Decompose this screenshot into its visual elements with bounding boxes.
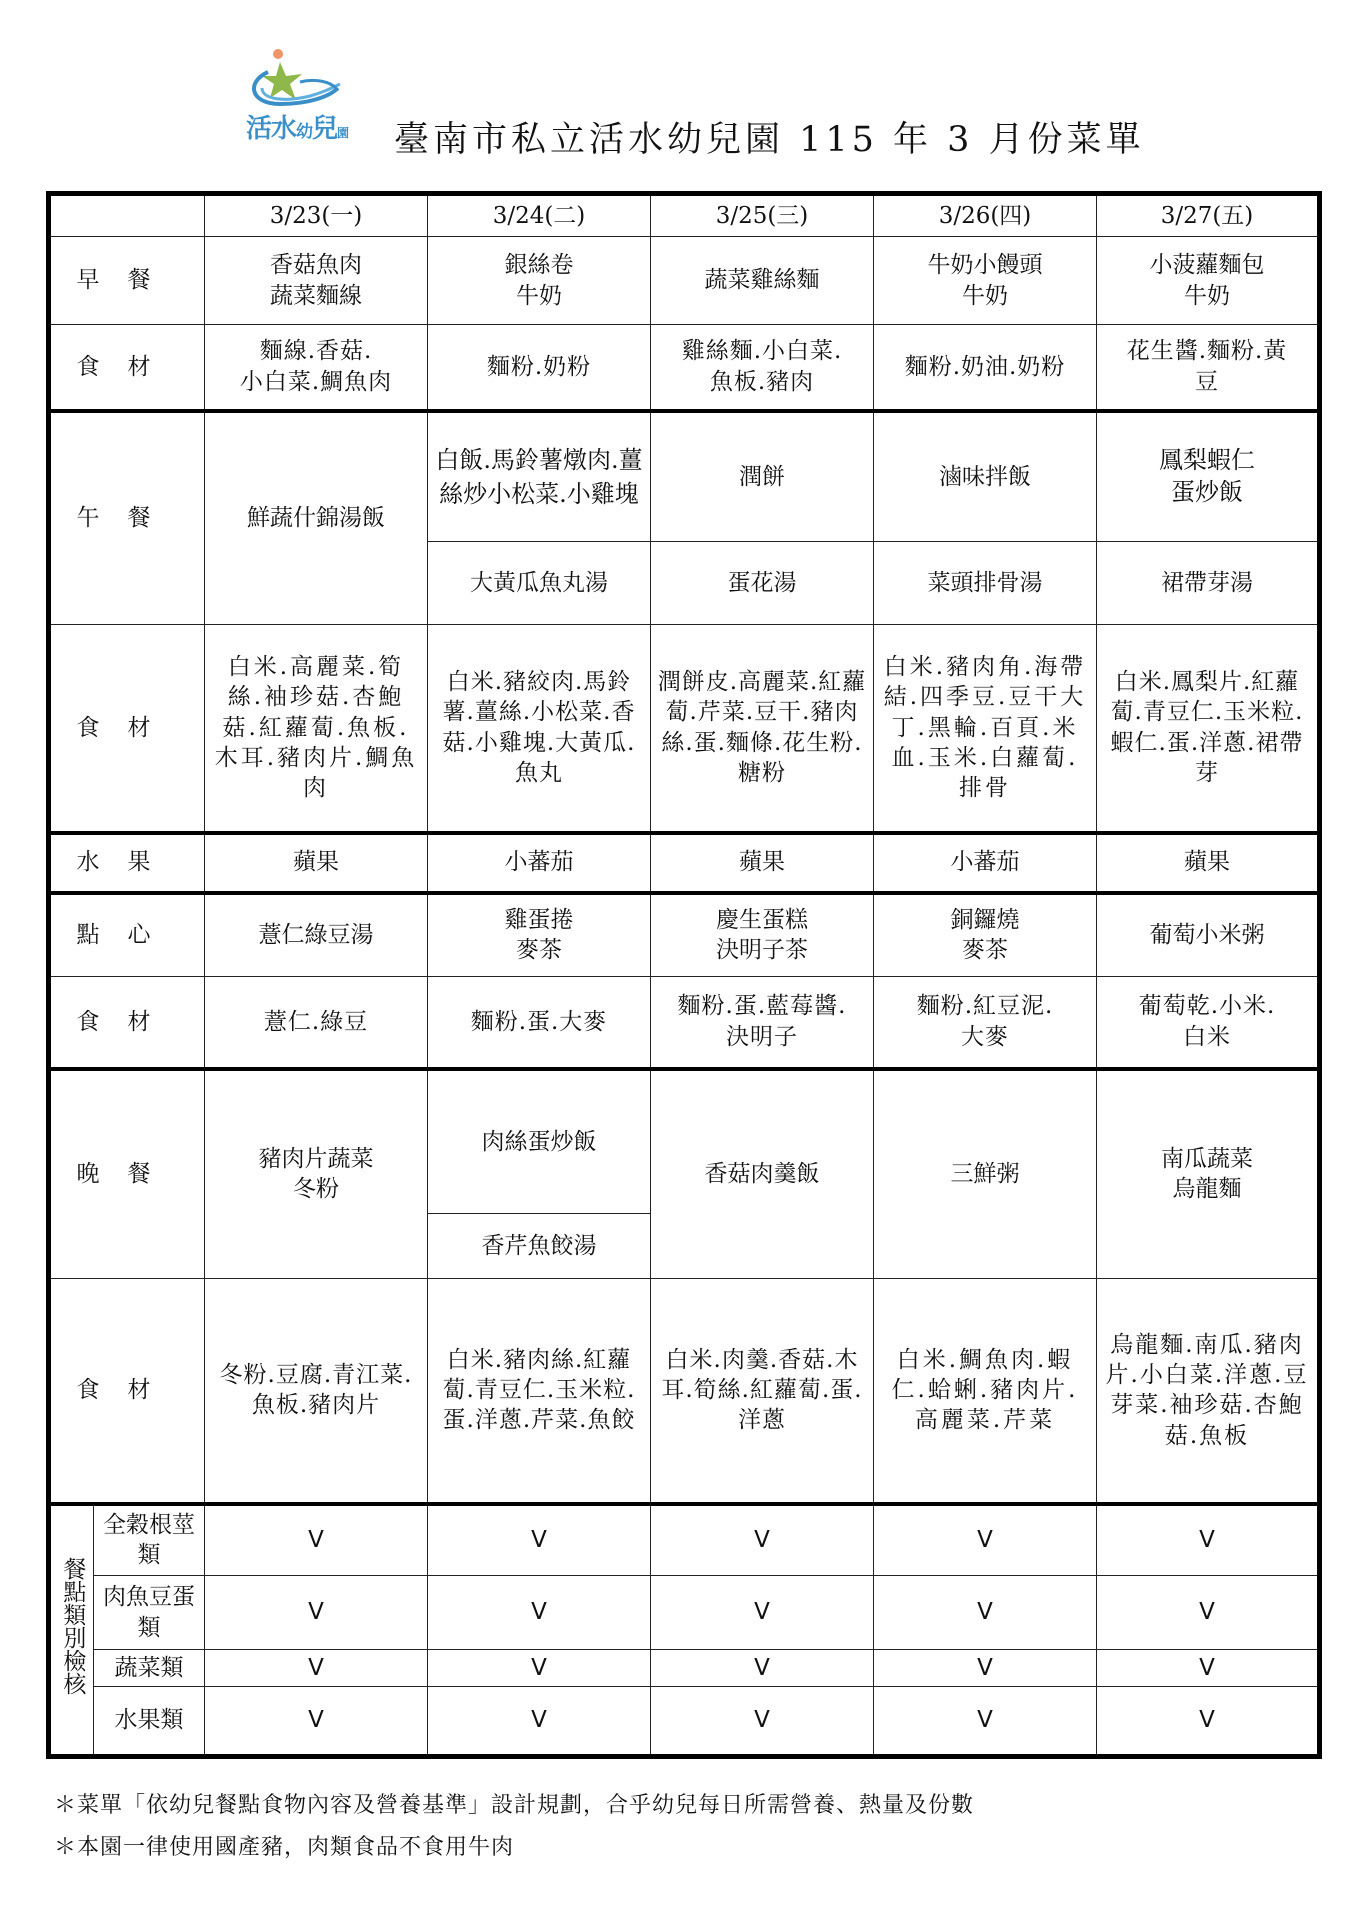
dinner-main-row: 晚餐 豬肉片蔬菜 冬粉 肉絲蛋炒飯 香菇肉羹飯 三鮮粥 南瓜蔬菜 烏龍麵 [49,1069,1320,1214]
check-row: 水果類 V V V V V [49,1687,1320,1757]
date-header: 3/27(五) [1097,194,1320,237]
check-mark: V [205,1650,428,1687]
lunch-soup-cell: 大黃瓜魚丸湯 [428,542,651,625]
date-header: 3/23(一) [205,194,428,237]
lunch-cell: 滷味拌飯 [874,411,1097,542]
check-category-label: 水果類 [94,1687,205,1757]
ingredients-cell: 白米.豬絞肉.馬鈴薯.薑絲.小松菜.香菇.小雞塊.大黃瓜.魚丸 [428,625,651,833]
ingredients-cell: 麵粉.紅豆泥. 大麥 [874,977,1097,1069]
row-label-snack: 點心 [49,893,205,977]
dinner-cell: 南瓜蔬菜 烏龍麵 [1097,1069,1320,1279]
check-mark: V [205,1504,428,1576]
row-label-lunch: 午餐 [49,411,205,625]
check-mark: V [651,1504,874,1576]
snack-cell: 慶生蛋糕 決明子茶 [651,893,874,977]
check-mark: V [205,1576,428,1650]
ingredients-cell: 麵粉.奶油.奶粉 [874,325,1097,411]
breakfast-row: 早餐 香菇魚肉 蔬菜麵線 銀絲卷 牛奶 蔬菜雞絲麵 牛奶小饅頭 牛奶 小菠蘿麵包… [49,237,1320,325]
row-label-fruit: 水果 [49,833,205,893]
check-mark: V [874,1504,1097,1576]
lunch-soup-cell: 蛋花湯 [651,542,874,625]
dinner-soup-cell: 香芹魚餃湯 [428,1214,651,1279]
row-label-ingredients: 食材 [49,977,205,1069]
school-logo: 活水幼兒園 [240,48,380,148]
date-header-row: 3/23(一) 3/24(二) 3/25(三) 3/26(四) 3/27(五) [49,194,1320,237]
check-row: 肉魚豆蛋類 V V V V V [49,1576,1320,1650]
ingredients-cell: 白米.肉羹.香菇.木耳.筍絲.紅蘿蔔.蛋.洋蔥 [651,1279,874,1504]
snack-cell: 薏仁綠豆湯 [205,893,428,977]
check-mark: V [428,1504,651,1576]
check-category-label: 肉魚豆蛋類 [94,1576,205,1650]
ingredients-cell: 潤餅皮.高麗菜.紅蘿蔔.芹菜.豆干.豬肉絲.蛋.麵條.花生粉.糖粉 [651,625,874,833]
ingredients-cell: 薏仁.綠豆 [205,977,428,1069]
breakfast-cell: 銀絲卷 牛奶 [428,237,651,325]
check-mark: V [428,1650,651,1687]
ingredients-cell: 麵粉.蛋.藍莓醬. 決明子 [651,977,874,1069]
fruit-row: 水果 蘋果 小蕃茄 蘋果 小蕃茄 蘋果 [49,833,1320,893]
check-row: 蔬菜類 V V V V V [49,1650,1320,1687]
ingredients-cell: 白米.豬肉絲.紅蘿蔔.青豆仁.玉米粒.蛋.洋蔥.芹菜.魚餃 [428,1279,651,1504]
lunch-ingredients-row: 食材 白米.高麗菜.筍絲.袖珍菇.杏鮑菇.紅蘿蔔.魚板.木耳.豬肉片.鯛魚肉 白… [49,625,1320,833]
fruit-cell: 蘋果 [651,833,874,893]
lunch-main-row: 午餐 鮮蔬什錦湯飯 白飯.馬鈴薯燉肉.薑絲炒小松菜.小雞塊 潤餅 滷味拌飯 鳳梨… [49,411,1320,542]
lunch-cell: 潤餅 [651,411,874,542]
lunch-cell: 鮮蔬什錦湯飯 [205,411,428,625]
check-category-label: 蔬菜類 [94,1650,205,1687]
date-header: 3/24(二) [428,194,651,237]
fruit-cell: 小蕃茄 [874,833,1097,893]
date-header: 3/25(三) [651,194,874,237]
snack-cell: 銅鑼燒 麥茶 [874,893,1097,977]
row-label-dinner: 晚餐 [49,1069,205,1279]
check-mark: V [874,1687,1097,1757]
fruit-cell: 蘋果 [205,833,428,893]
lunch-soup-cell: 裙帶芽湯 [1097,542,1320,625]
ingredients-cell: 烏龍麵.南瓜.豬肉片.小白菜.洋蔥.豆芽菜.袖珍菇.杏鮑菇.魚板 [1097,1279,1320,1504]
dinner-cell: 三鮮粥 [874,1069,1097,1279]
check-mark: V [428,1687,651,1757]
breakfast-cell: 牛奶小饅頭 牛奶 [874,237,1097,325]
breakfast-cell: 香菇魚肉 蔬菜麵線 [205,237,428,325]
breakfast-cell: 小菠蘿麵包 牛奶 [1097,237,1320,325]
ingredients-cell: 冬粉.豆腐.青江菜.魚板.豬肉片 [205,1279,428,1504]
check-mark: V [428,1576,651,1650]
logo-text: 活水幼兒園 [246,108,348,145]
breakfast-cell: 蔬菜雞絲麵 [651,237,874,325]
check-row: 餐點類別檢核 全穀根莖類 V V V V V [49,1504,1320,1576]
ingredients-cell: 麵線.香菇. 小白菜.鯛魚肉 [205,325,428,411]
footnote: ＊本園一律使用國產豬，肉類食品不食用牛肉 [54,1827,974,1869]
check-mark: V [1097,1504,1320,1576]
ingredients-cell: 白米.鳳梨片.紅蘿蔔.青豆仁.玉米粒.蝦仁.蛋.洋蔥.裙帶芽 [1097,625,1320,833]
dinner-ingredients-row: 食材 冬粉.豆腐.青江菜.魚板.豬肉片 白米.豬肉絲.紅蘿蔔.青豆仁.玉米粒.蛋… [49,1279,1320,1504]
check-mark: V [205,1687,428,1757]
check-mark: V [874,1650,1097,1687]
ingredients-cell: 麵粉.蛋.大麥 [428,977,651,1069]
lunch-cell: 鳳梨蝦仁 蛋炒飯 [1097,411,1320,542]
ingredients-cell: 白米.鯛魚肉.蝦仁.蛤蜊.豬肉片.高麗菜.芹菜 [874,1279,1097,1504]
snack-row: 點心 薏仁綠豆湯 雞蛋捲 麥茶 慶生蛋糕 決明子茶 銅鑼燒 麥茶 葡萄小米粥 [49,893,1320,977]
footnote: ＊菜單「依幼兒餐點食物內容及營養基準」設計規劃，合乎幼兒每日所需營養、熱量及份數 [54,1785,974,1827]
breakfast-ingredients-row: 食材 麵線.香菇. 小白菜.鯛魚肉 麵粉.奶粉 雞絲麵.小白菜. 魚板.豬肉 麵… [49,325,1320,411]
check-mark: V [1097,1650,1320,1687]
check-mark: V [1097,1576,1320,1650]
fruit-cell: 蘋果 [1097,833,1320,893]
snack-cell: 雞蛋捲 麥茶 [428,893,651,977]
snack-ingredients-row: 食材 薏仁.綠豆 麵粉.蛋.大麥 麵粉.蛋.藍莓醬. 決明子 麵粉.紅豆泥. 大… [49,977,1320,1069]
ingredients-cell: 麵粉.奶粉 [428,325,651,411]
check-mark: V [874,1576,1097,1650]
ingredients-cell: 白米.豬肉角.海帶結.四季豆.豆干大丁.黑輪.百頁.米血.玉米.白蘿蔔.排骨 [874,625,1097,833]
dinner-cell: 香菇肉羹飯 [651,1069,874,1279]
date-header: 3/26(四) [874,194,1097,237]
ingredients-cell: 白米.高麗菜.筍絲.袖珍菇.杏鮑菇.紅蘿蔔.魚板.木耳.豬肉片.鯛魚肉 [205,625,428,833]
corner-cell [49,194,205,237]
check-mark: V [1097,1687,1320,1757]
ingredients-cell: 雞絲麵.小白菜. 魚板.豬肉 [651,325,874,411]
row-label-ingredients: 食材 [49,1279,205,1504]
check-category-label: 全穀根莖類 [94,1504,205,1576]
check-mark: V [651,1650,874,1687]
check-section-label: 餐點類別檢核 [49,1504,94,1757]
weekly-menu-table: 3/23(一) 3/24(二) 3/25(三) 3/26(四) 3/27(五) … [46,191,1322,1759]
ingredients-cell: 葡萄乾.小米. 白米 [1097,977,1320,1069]
check-mark: V [651,1576,874,1650]
row-label-ingredients: 食材 [49,325,205,411]
dinner-cell: 肉絲蛋炒飯 [428,1069,651,1214]
row-label-ingredients: 食材 [49,625,205,833]
dinner-cell: 豬肉片蔬菜 冬粉 [205,1069,428,1279]
fruit-cell: 小蕃茄 [428,833,651,893]
footnotes: ＊菜單「依幼兒餐點食物內容及營養基準」設計規劃，合乎幼兒每日所需營養、熱量及份數… [54,1785,974,1869]
lunch-cell: 白飯.馬鈴薯燉肉.薑絲炒小松菜.小雞塊 [428,411,651,542]
row-label-breakfast: 早餐 [49,237,205,325]
check-mark: V [651,1687,874,1757]
ingredients-cell: 花生醬.麵粉.黃 豆 [1097,325,1320,411]
lunch-soup-cell: 菜頭排骨湯 [874,542,1097,625]
snack-cell: 葡萄小米粥 [1097,893,1320,977]
page-title: 臺南市私立活水幼兒園 115 年 3 月份菜單 [394,112,1145,162]
page-header: 活水幼兒園 臺南市私立活水幼兒園 115 年 3 月份菜單 [240,48,1140,158]
